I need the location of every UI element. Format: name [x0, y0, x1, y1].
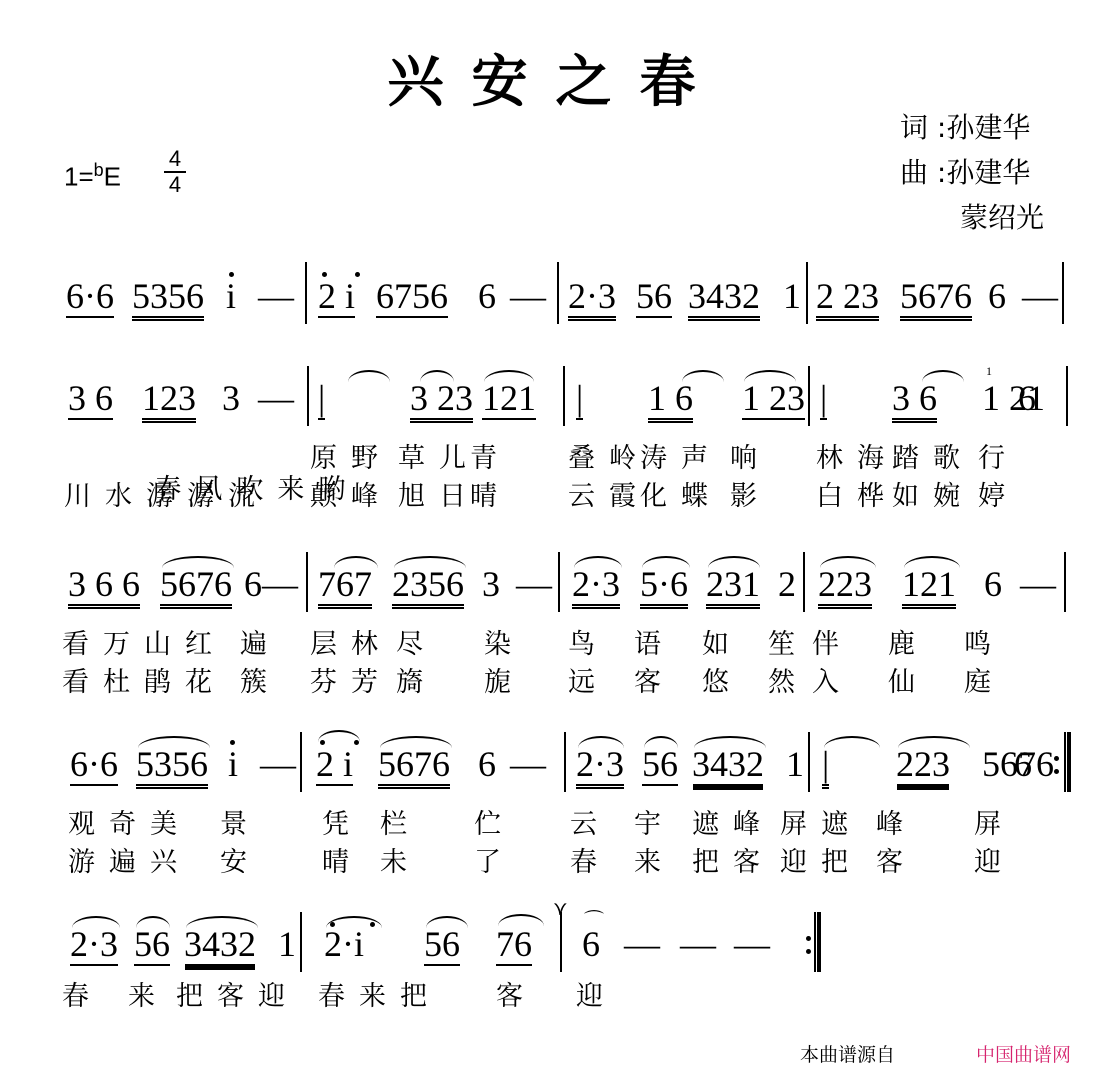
lyric: 簇	[240, 660, 281, 699]
high-octave-dot	[230, 740, 235, 745]
composer-credit-2: 蒙绍光	[960, 196, 1044, 236]
lyric: 云	[570, 802, 611, 841]
note-group: |	[318, 378, 325, 420]
note-group: 3 23	[410, 378, 473, 423]
barline	[1066, 366, 1068, 426]
high-octave-dot	[355, 272, 360, 277]
note-group: 3432	[688, 276, 760, 321]
note-group: 123	[142, 378, 196, 423]
note-group: 223	[896, 744, 950, 784]
lyric: 春	[62, 974, 103, 1013]
lyric: 未	[380, 840, 421, 879]
note: 3	[482, 564, 500, 604]
lyric: 迎	[576, 974, 617, 1013]
end-repeat-barline	[814, 912, 821, 972]
note: 6	[984, 564, 1002, 604]
lyric: 旖	[396, 660, 437, 699]
lyric: 鸣	[964, 622, 1005, 661]
note-group: 3 6 6	[68, 564, 140, 609]
end-repeat-barline	[1064, 732, 1071, 792]
lyric: 涛声	[640, 436, 722, 475]
note-group: 5676	[378, 744, 450, 789]
grace-note: 1	[986, 364, 992, 379]
slur	[898, 736, 970, 748]
note-group: 5·6	[640, 564, 688, 609]
note-group: 6·6	[70, 744, 118, 786]
slur	[574, 556, 622, 568]
note-group: 76	[496, 924, 532, 966]
slur	[162, 556, 234, 568]
source-label: 本曲谱源自	[800, 1040, 895, 1067]
repeat-sign-dots	[1054, 748, 1059, 782]
note-group: 121	[482, 378, 536, 420]
barline	[557, 262, 559, 324]
lyric: 景	[220, 802, 261, 841]
note-group: 56	[134, 924, 170, 966]
lyric: 婷	[978, 474, 1019, 513]
repeat-sign-dots	[806, 928, 811, 962]
slur	[484, 370, 534, 382]
lyric: 入	[812, 660, 853, 699]
lyric: 悠	[702, 660, 743, 699]
sustain-dash: —	[680, 924, 716, 964]
barline	[564, 732, 566, 792]
slur	[682, 370, 724, 382]
lyric: 栏	[380, 802, 421, 841]
lyric: 来	[634, 840, 675, 879]
barline	[563, 366, 565, 426]
slur	[426, 916, 468, 928]
lyric: 层林	[310, 622, 392, 661]
lyric: 芬芳	[310, 660, 392, 699]
sustain-dash: —	[260, 744, 296, 784]
note-group: 6756	[376, 276, 448, 318]
lyric: 原野	[310, 436, 392, 475]
sustain-dash: —	[624, 924, 660, 964]
lyric: 远	[568, 660, 609, 699]
note-group: 2 23	[816, 276, 879, 321]
note-group: 56	[636, 276, 672, 318]
sustain-dash: 6	[1014, 744, 1032, 784]
lyric: 春	[570, 840, 611, 879]
high-octave-dot	[322, 272, 327, 277]
barline	[1062, 262, 1064, 324]
note: 1	[278, 924, 296, 964]
high-octave-dot	[370, 922, 375, 927]
lyric: 仙	[888, 660, 929, 699]
barline	[1064, 552, 1066, 612]
note-group: 5356	[136, 744, 208, 789]
sustain-dash: —	[510, 276, 546, 316]
lyric: 了	[474, 840, 515, 879]
barline	[306, 552, 308, 612]
sustain-dash: —	[510, 744, 546, 784]
slur	[708, 556, 760, 568]
lyric: 峰	[876, 802, 917, 841]
slur	[380, 736, 452, 748]
slur	[72, 916, 120, 928]
lyric: 屏遮	[780, 802, 862, 841]
note-group: 767	[318, 564, 372, 609]
lyric: 然	[768, 660, 809, 699]
time-signature: 4 4	[164, 148, 186, 196]
note: 6	[478, 276, 496, 316]
lyric: 客	[876, 840, 917, 879]
lyric: 笙	[768, 622, 809, 661]
barline	[560, 912, 562, 972]
slur	[578, 736, 624, 748]
lyric: 尽	[396, 622, 437, 661]
lyric: 春来把	[318, 974, 441, 1013]
lyric: 踏歌	[892, 436, 974, 475]
barline	[803, 552, 805, 612]
slur	[138, 736, 210, 748]
lyric: 把客迎	[176, 974, 299, 1013]
lyric: 鸟	[568, 622, 609, 661]
note-group: 2 i	[318, 276, 355, 318]
high-octave-dot	[229, 272, 234, 277]
note-group: 3432	[184, 924, 256, 964]
lyric: 云霞	[568, 474, 650, 513]
note-group: 2·3	[568, 276, 616, 321]
note-group: 223	[818, 564, 872, 609]
note: 6	[478, 744, 496, 784]
lyric: 凭	[322, 802, 363, 841]
key-prefix: 1=	[64, 162, 94, 192]
note-group: 2 i	[316, 744, 353, 786]
barline	[806, 262, 808, 324]
barline	[808, 732, 810, 792]
note: 1	[783, 276, 801, 316]
lyric: 如婉	[892, 474, 974, 513]
lyric: 游遍兴	[68, 840, 191, 879]
lyric: 伴	[812, 622, 853, 661]
lyric: 川水潺潺流	[64, 474, 269, 513]
slur	[186, 916, 258, 928]
note-group: 2·i	[324, 924, 364, 964]
sustain-dash: 6	[1018, 378, 1036, 418]
lyric: 客	[496, 974, 537, 1013]
lyric: 染	[484, 622, 525, 661]
lyric: 宇	[634, 802, 675, 841]
sustain-dash: —	[258, 378, 294, 418]
flat-symbol: b	[94, 160, 104, 180]
lyric: 鹿	[888, 622, 929, 661]
lyric: 草儿	[398, 436, 480, 475]
lyric: 如	[702, 622, 743, 661]
source-site-link[interactable]: 中国曲谱网	[976, 1040, 1071, 1067]
lyric: 迎	[974, 840, 1015, 879]
slur	[394, 556, 466, 568]
slur	[922, 370, 964, 382]
note-group: 2·3	[70, 924, 118, 966]
note-group: 5356	[132, 276, 204, 321]
note-group: 56	[642, 744, 678, 786]
note-group: 121	[902, 564, 956, 609]
lyric: 叠岭	[568, 436, 650, 475]
note-group: 231	[706, 564, 760, 609]
sustain-dash: —	[258, 276, 294, 316]
note-group: 1 23	[742, 378, 805, 420]
slur	[642, 556, 690, 568]
lyric: 伫	[474, 802, 515, 841]
lyric: 影	[730, 474, 771, 513]
slur	[420, 370, 454, 382]
lyric: 遮峰	[692, 802, 774, 841]
note-group: 2·3	[572, 564, 620, 609]
slur	[498, 914, 544, 926]
key-signature: 1=bE	[64, 160, 121, 193]
lyric: 客	[634, 660, 675, 699]
note-group: 3 6	[68, 378, 113, 420]
note: 2	[778, 564, 796, 604]
barline	[808, 366, 810, 426]
note-group: 5676	[900, 276, 972, 321]
lyricist-credit: 词 :孙建华	[900, 106, 1030, 146]
slur	[824, 736, 880, 748]
lyric: 青	[470, 436, 511, 475]
note: i	[226, 276, 236, 316]
note-group: 5676	[160, 564, 232, 609]
note: 6	[988, 276, 1006, 316]
lyric: 语	[634, 622, 675, 661]
note-group: 2356	[392, 564, 464, 609]
lyric: 晴	[470, 474, 511, 513]
lyric: 颠峰	[310, 474, 392, 513]
high-octave-dot	[330, 922, 335, 927]
slur	[904, 556, 960, 568]
slur	[820, 556, 876, 568]
time-signature-top: 4	[164, 148, 186, 170]
note: 1	[786, 744, 804, 784]
lyric: 把客	[692, 840, 774, 879]
slur	[744, 370, 796, 382]
lyric: 看杜鹃花	[62, 660, 226, 699]
sustain-dash: —	[516, 564, 552, 604]
lyric: 响	[730, 436, 771, 475]
note: i	[228, 744, 238, 784]
lyric: 白桦	[816, 474, 898, 513]
note: 3	[222, 378, 240, 418]
lyric: 化蝶	[640, 474, 722, 513]
slur	[694, 736, 766, 748]
sustain-dash: —	[1022, 276, 1058, 316]
barline	[300, 912, 302, 972]
lyric: 观奇美	[68, 802, 191, 841]
note-group: 3 6	[892, 378, 937, 423]
lyric: 庭	[964, 660, 1005, 699]
slur	[136, 916, 170, 928]
sustain-dash: —	[1020, 564, 1056, 604]
composer-credit: 曲 :孙建华	[900, 151, 1030, 191]
note-with-dash: 6—	[244, 564, 298, 604]
lyric: 林海	[816, 436, 898, 475]
sustain-dash: —	[734, 924, 770, 964]
lyric: 行	[978, 436, 1019, 475]
time-signature-bottom: 4	[164, 174, 186, 196]
fermata-icon: ⌒	[584, 904, 604, 933]
lyric: 旭日	[398, 474, 480, 513]
slur	[334, 556, 378, 568]
barline	[558, 552, 560, 612]
note-group: 6·6	[66, 276, 114, 318]
note-group: |	[820, 378, 827, 420]
lyric: 遍	[240, 622, 281, 661]
note-group: 1 6	[648, 378, 693, 423]
barline	[307, 366, 309, 426]
key-note: E	[104, 162, 121, 192]
lyric: 安	[220, 840, 261, 879]
high-octave-dot	[354, 740, 359, 745]
note-group: 56	[424, 924, 460, 966]
barline	[305, 262, 307, 324]
note-group: |	[822, 744, 829, 789]
lyric: 迎把	[780, 840, 862, 879]
lyric: 看万山红	[62, 622, 226, 661]
lyric: 屏	[974, 802, 1015, 841]
barline	[300, 732, 302, 792]
lyric: 来	[128, 974, 169, 1013]
lyric: 晴	[322, 840, 363, 879]
slur	[644, 736, 678, 748]
note-group: 2·3	[576, 744, 624, 789]
lyric: 旎	[484, 660, 525, 699]
slur	[348, 370, 390, 382]
note-group: |	[576, 378, 583, 420]
high-octave-dot	[320, 740, 325, 745]
note-group: 3432	[692, 744, 764, 784]
